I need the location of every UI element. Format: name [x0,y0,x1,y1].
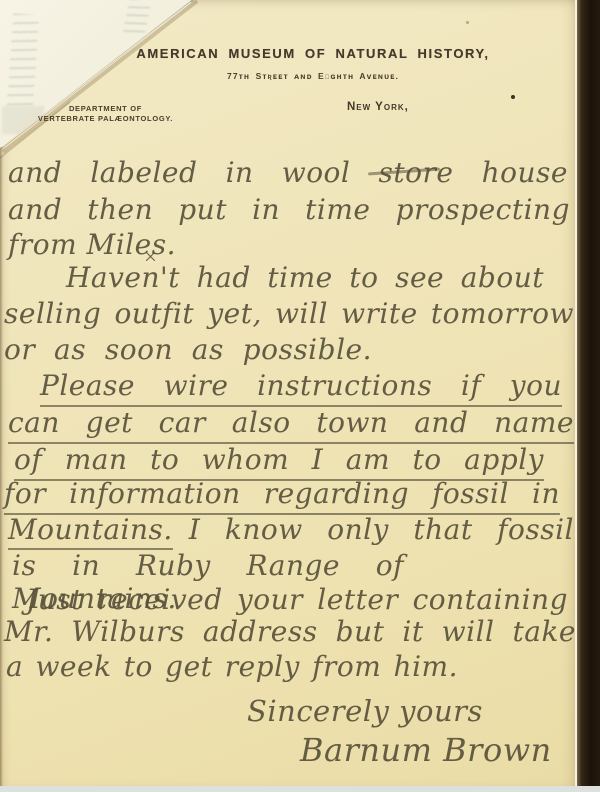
handwritten-line-6: or as soon as possible. [4,333,372,366]
ink-showthrough [123,0,152,36]
handwritten-line-11: Mountains.I know only that fossil [8,513,574,546]
handwritten-line-13: Just received your letter containing [26,583,568,616]
handwritten-line-14: Mr. Wilburs address but it will take [4,615,576,648]
letter-page: AMERICAN MUSEUM OF NATURAL HISTORY, 77ᴛʜ… [0,0,577,792]
department-line-2: VERTEBRATE PALÆONTOLOGY. [28,114,183,124]
ink-speck [511,95,515,99]
letterhead-address: 77ᴛʜ Sᴛʀᴇᴇᴛ ᴀɴᴅ Eɪɢʜᴛʜ Aᴠᴇɴᴜᴇ. [30,71,596,81]
handwritten-line-2: and then put in time prospecting [8,193,570,226]
scanner-bed-strip [0,786,600,792]
handwritten-line-15: a week to get reply from him. [6,650,458,683]
underlined-word: Mountains. [8,513,173,550]
handwritten-line-9: of man to whom I am to apply [14,443,544,481]
handwritten-line-4: Haven't had time to see about [66,261,544,294]
caret-pen-mark [146,252,155,261]
ink-speck [466,21,469,24]
handwritten-line-7: Please wire instructions if you [40,369,562,407]
letterhead-department: DEPARTMENT OF VERTEBRATE PALÆONTOLOGY. [28,104,183,124]
handwritten-line-5: selling outfit yet, will write tomorrow [4,297,574,330]
scan-right-edge [575,0,600,792]
line-remainder: I know only that fossil [189,513,574,546]
letterhead-title: AMERICAN MUSEUM OF NATURAL HISTORY, [30,46,596,61]
ink-showthrough [7,13,40,111]
handwritten-line-8: can get car also town and name [8,406,574,444]
department-line-1: DEPARTMENT OF [28,104,183,114]
letterhead-place: New York, [347,101,409,113]
scanned-letter: AMERICAN MUSEUM OF NATURAL HISTORY, 77ᴛʜ… [0,0,600,792]
signature-line: Barnum Brown [300,734,552,767]
handwritten-line-10: for information regarding fossil in [4,477,560,515]
handwritten-line-1: and labeled in wool store house [8,156,568,189]
closing-line: Sincerely yours [247,695,483,728]
